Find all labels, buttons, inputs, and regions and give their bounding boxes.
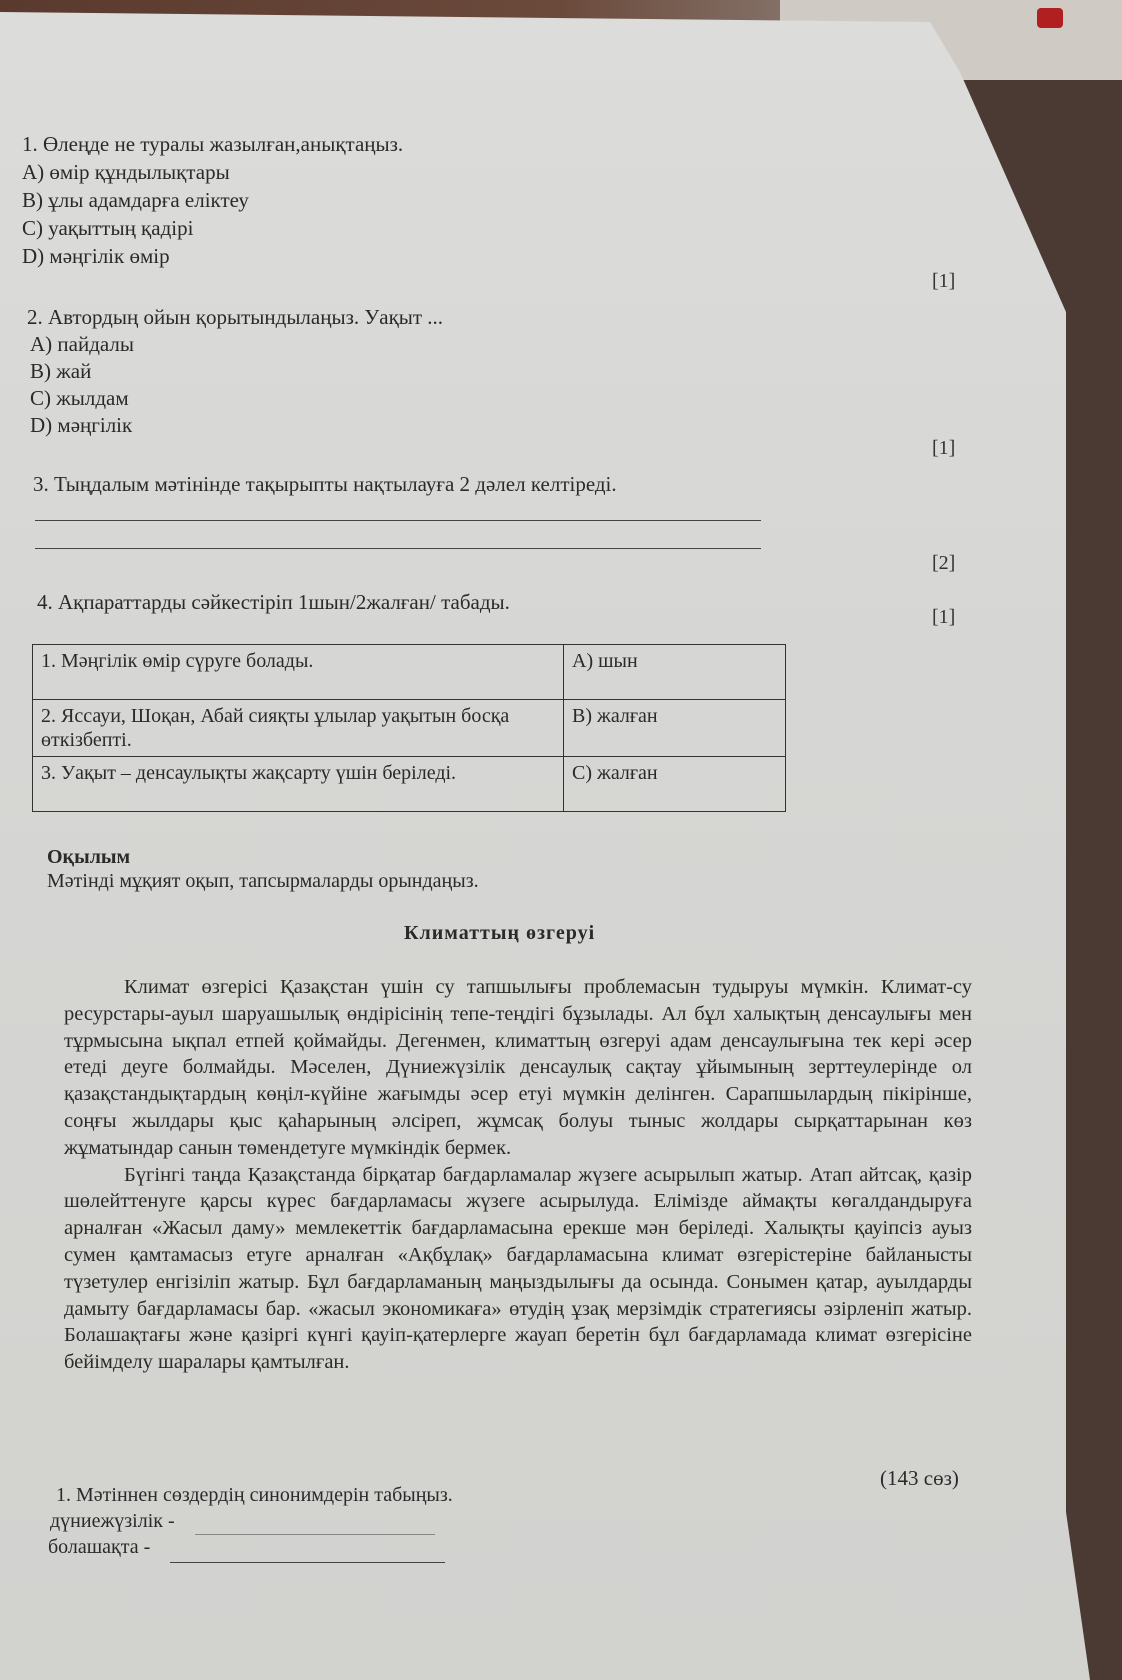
- answer-line-1[interactable]: [35, 520, 761, 521]
- q1-option-a: A) өмір құндылықтары: [22, 160, 230, 185]
- statement-cell: 1. Мәңгілік өмір сүруге болады.: [33, 645, 564, 700]
- q1-option-b: B) ұлы адамдарға еліктеу: [22, 188, 249, 213]
- synonym-label-2: болашақта -: [48, 1536, 150, 1559]
- q2-score: [1]: [932, 437, 955, 460]
- task-1-question: 1. Мәтіннен сөздердің синонимдерін табың…: [56, 1484, 453, 1507]
- table-row: 1. Мәңгілік өмір сүруге болады. A) шын: [33, 645, 786, 700]
- question-2: 2. Автордың ойын қорытындылаңыз. Уақыт .…: [27, 305, 443, 330]
- background-object: [1037, 8, 1063, 28]
- reading-instruction: Мәтінді мұқият оқып, тапсырмаларды орынд…: [47, 870, 479, 893]
- section-title: Оқылым: [47, 846, 130, 869]
- statement-cell: 3. Уақыт – денсаулықты жақсарту үшін бер…: [33, 757, 564, 812]
- q3-score: [2]: [932, 552, 955, 575]
- question-1: 1. Өлеңде не туралы жазылған,анықтаңыз.: [22, 132, 403, 157]
- text-title: Климаттың өзгеруі: [404, 922, 595, 945]
- answer-line-2[interactable]: [35, 548, 761, 549]
- question-4: 4. Ақпараттарды сәйкестіріп 1шын/2жалған…: [37, 590, 510, 615]
- word-count: (143 сөз): [880, 1466, 959, 1491]
- q4-score: [1]: [932, 606, 955, 629]
- table-row: 3. Уақыт – денсаулықты жақсарту үшін бер…: [33, 757, 786, 812]
- statement-cell: 2. Яссауи, Шоқан, Абай сияқты ұлылар уақ…: [33, 700, 564, 757]
- q1-score: [1]: [932, 270, 955, 293]
- answer-cell: A) шын: [564, 645, 786, 700]
- reading-text: Климат өзгерісі Қазақстан үшін су тапшыл…: [64, 974, 972, 1376]
- answer-cell: C) жалған: [564, 757, 786, 812]
- q1-option-c: C) уақыттың қадірі: [22, 216, 193, 241]
- question-3: 3. Тыңдалым мәтінінде тақырыпты нақтылау…: [33, 472, 617, 497]
- exam-sheet: 1. Өлеңде не туралы жазылған,анықтаңыз. …: [0, 12, 1090, 1680]
- paragraph-1: Климат өзгерісі Қазақстан үшін су тапшыл…: [64, 974, 972, 1162]
- matching-table: 1. Мәңгілік өмір сүруге болады. A) шын 2…: [32, 644, 786, 812]
- answer-cell: B) жалған: [564, 700, 786, 757]
- paragraph-2: Бүгінгі таңда Қазақстанда бірқатар бағда…: [64, 1162, 972, 1376]
- synonym-answer-line-2[interactable]: [170, 1562, 445, 1563]
- q2-option-d: D) мәңгілік: [30, 413, 132, 438]
- table-row: 2. Яссауи, Шоқан, Абай сияқты ұлылар уақ…: [33, 700, 786, 757]
- q2-option-a: A) пайдалы: [30, 332, 134, 357]
- synonym-label-1: дүниежүзілік -: [50, 1510, 175, 1533]
- q1-option-d: D) мәңгілік өмір: [22, 244, 170, 269]
- q2-option-c: C) жылдам: [30, 386, 129, 411]
- synonym-answer-line-1[interactable]: [195, 1534, 435, 1535]
- q2-option-b: B) жай: [30, 359, 91, 384]
